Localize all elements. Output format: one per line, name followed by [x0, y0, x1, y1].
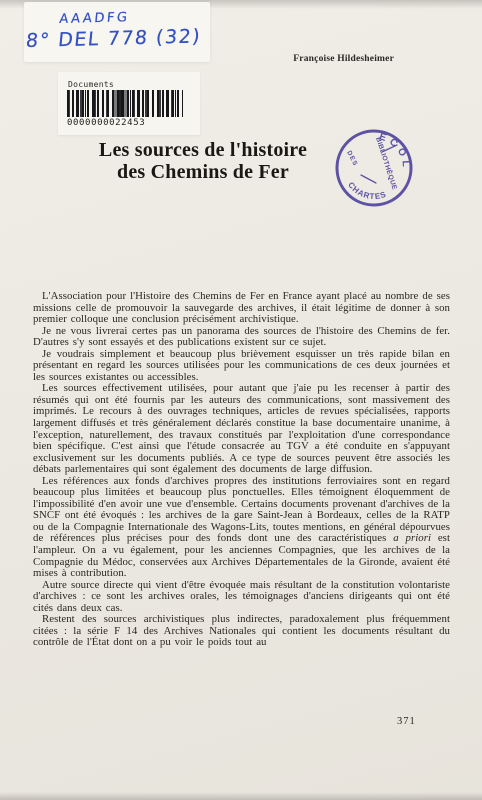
paragraph: Je voudrais simplement et beaucoup plus …: [33, 349, 450, 384]
barcode-number: 0000000022453: [67, 118, 200, 128]
page-number: 371: [397, 716, 416, 727]
body-text: L'Association pour l'Histoire des Chemin…: [33, 291, 450, 649]
stamp-arc-top-text: ÉCOLE: [333, 127, 411, 171]
paragraph: L'Association pour l'Histoire des Chemin…: [33, 291, 450, 326]
library-stamp: ÉCOLE CHARTES DES BIBLIOTHÈQUE: [333, 127, 417, 211]
stamp-des-text: DES: [345, 150, 359, 168]
paragraph: Autre source directe qui vient d'être év…: [33, 580, 450, 615]
barcode-bars: [67, 90, 183, 117]
barcode-sticker: Documents 0000000022453: [58, 72, 200, 135]
barcode-label: Documents: [68, 80, 200, 89]
title-line-2: des Chemins de Fer: [38, 162, 368, 184]
callmark-label: AAADFG 8° DEL 778 (32): [24, 2, 210, 62]
paragraph: Les références aux fonds d'archives prop…: [33, 476, 450, 580]
paragraph: Je ne vous livrerai certes pas un panora…: [33, 326, 450, 349]
scan-bottom-shadow: [0, 792, 482, 800]
author-name: Françoise Hildesheimer: [293, 54, 394, 64]
scanned-document-page: { "annotations": { "callmark_line1": "AA…: [0, 0, 482, 800]
paragraph: Restent des sources archivistiques plus …: [33, 614, 450, 649]
handwritten-callmark-line1: AAADFG: [59, 10, 131, 27]
paragraph: Les sources effectivement utilisées, pou…: [33, 383, 450, 475]
handwritten-callmark-line2: 8° DEL 778 (32): [25, 25, 202, 52]
stamp-dash-lower: [361, 175, 376, 183]
document-title: Les sources de l'histoire des Chemins de…: [38, 140, 368, 183]
library-stamp-graphic: ÉCOLE CHARTES DES BIBLIOTHÈQUE: [333, 127, 417, 211]
title-line-1: Les sources de l'histoire: [38, 140, 368, 162]
